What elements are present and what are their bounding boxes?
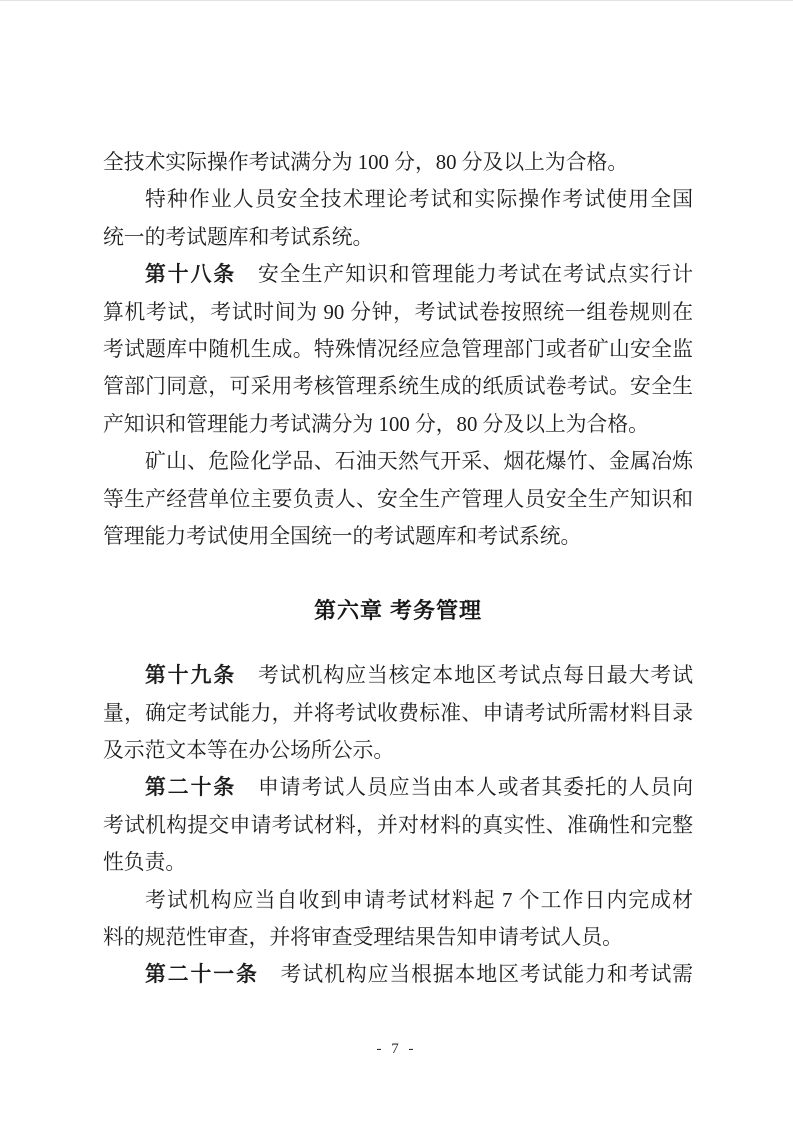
article-line: 第二十一条 考试机构应当根据本地区考试能力和考试需 (103, 956, 693, 993)
article-number: 第十九条 (145, 664, 236, 687)
text-line: 产知识和管理能力考试满分为 100 分，80 分及以上为合格。 (103, 406, 693, 443)
article-line: 第十九条 考试机构应当核定本地区考试点每日最大考试 (103, 657, 693, 694)
chapter-heading: 第六章 考务管理 (103, 591, 693, 631)
line-text: 统一的考试题库和考试系统。 (103, 226, 373, 249)
line-text: 管理能力考试使用全国统一的考试题库和考试系统。 (103, 525, 581, 548)
line-text: 考试机构应当自收到申请考试材料起 7 个工作日内完成材 (145, 889, 693, 912)
line-text: 特种作业人员安全技术理论考试和实际操作考试使用全国 (145, 188, 693, 211)
document-body: 全技术实际操作考试满分为 100 分，80 分及以上为合格。特种作业人员安全技术… (103, 144, 693, 994)
article-line: 第十八条 安全生产知识和管理能力考试在考试点实行计 (103, 256, 693, 293)
line-text: 及示范文本等在办公场所公示。 (103, 739, 394, 762)
line-text: 安全生产知识和管理能力考试在考试点实行计 (236, 263, 693, 286)
text-line: 性负责。 (103, 844, 693, 881)
line-text: 管部门同意，可采用考核管理系统生成的纸质试卷考试。安全生 (103, 375, 693, 398)
text-line: 管部门同意，可采用考核管理系统生成的纸质试卷考试。安全生 (103, 368, 693, 405)
article-number: 第十八条 (145, 263, 236, 286)
line-text: 量，确定考试能力，并将考试收费标准、申请考试所需材料目录 (103, 702, 693, 725)
text-line: 管理能力考试使用全国统一的考试题库和考试系统。 (103, 518, 693, 555)
line-text: 料的规范性审查，并将审查受理结果告知申请考试人员。 (103, 926, 623, 949)
text-line: 等生产经营单位主要负责人、安全生产管理人员安全生产知识和 (103, 481, 693, 518)
text-line: 全技术实际操作考试满分为 100 分，80 分及以上为合格。 (103, 144, 693, 181)
line-text: 考试机构应当核定本地区考试点每日最大考试 (236, 664, 693, 687)
line-text: 考试题库中随机生成。特殊情况经应急管理部门或者矿山安全监 (103, 338, 693, 361)
article-number: 第二十条 (145, 776, 236, 799)
line-text: 矿山、危险化学品、石油天然气开采、烟花爆竹、金属冶炼 (145, 450, 693, 473)
text-line: 考试题库中随机生成。特殊情况经应急管理部门或者矿山安全监 (103, 331, 693, 368)
line-text: 考试机构提交申请考试材料，并对材料的真实性、准确性和完整 (103, 814, 693, 837)
article-line: 第二十条 申请考试人员应当由本人或者其委托的人员向 (103, 769, 693, 806)
line-text: 全技术实际操作考试满分为 100 分，80 分及以上为合格。 (103, 151, 628, 174)
page-number: - 7 - (0, 1041, 793, 1058)
text-line: 考试机构提交申请考试材料，并对材料的真实性、准确性和完整 (103, 807, 693, 844)
line-text: 考试机构应当根据本地区考试能力和考试需 (259, 963, 693, 986)
text-line: 算机考试，考试时间为 90 分钟，考试试卷按照统一组卷规则在 (103, 294, 693, 331)
line-text: 算机考试，考试时间为 90 分钟，考试试卷按照统一组卷规则在 (103, 301, 693, 324)
text-line: 矿山、危险化学品、石油天然气开采、烟花爆竹、金属冶炼 (103, 443, 693, 480)
text-line: 考试机构应当自收到申请考试材料起 7 个工作日内完成材 (103, 882, 693, 919)
article-number: 第二十一条 (145, 963, 259, 986)
text-line: 量，确定考试能力，并将考试收费标准、申请考试所需材料目录 (103, 695, 693, 732)
line-text: 产知识和管理能力考试满分为 100 分，80 分及以上为合格。 (103, 413, 649, 436)
document-page: 全技术实际操作考试满分为 100 分，80 分及以上为合格。特种作业人员安全技术… (0, 0, 793, 1122)
line-text: 性负责。 (103, 851, 186, 874)
line-text: 申请考试人员应当由本人或者其委托的人员向 (236, 776, 693, 799)
text-line: 及示范文本等在办公场所公示。 (103, 732, 693, 769)
text-line: 特种作业人员安全技术理论考试和实际操作考试使用全国 (103, 181, 693, 218)
line-text: 等生产经营单位主要负责人、安全生产管理人员安全生产知识和 (103, 488, 693, 511)
text-line: 统一的考试题库和考试系统。 (103, 219, 693, 256)
text-line: 料的规范性审查，并将审查受理结果告知申请考试人员。 (103, 919, 693, 956)
